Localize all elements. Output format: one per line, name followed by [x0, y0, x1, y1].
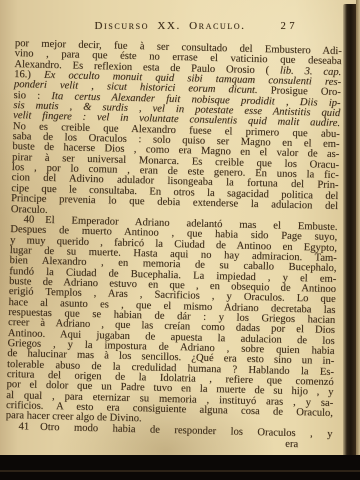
page-number: 27 [281, 21, 299, 32]
text-block: por mejor decir, fue à ser consultado de… [5, 39, 342, 451]
page-edge-shadow [343, 4, 356, 456]
scan-background-line [0, 470, 360, 472]
scanned-book-page: Discurso XX. Oraculo. 27 por mejor decir… [0, 0, 360, 456]
scan-background-band [0, 455, 360, 480]
adjacent-page-edge [356, 0, 360, 456]
